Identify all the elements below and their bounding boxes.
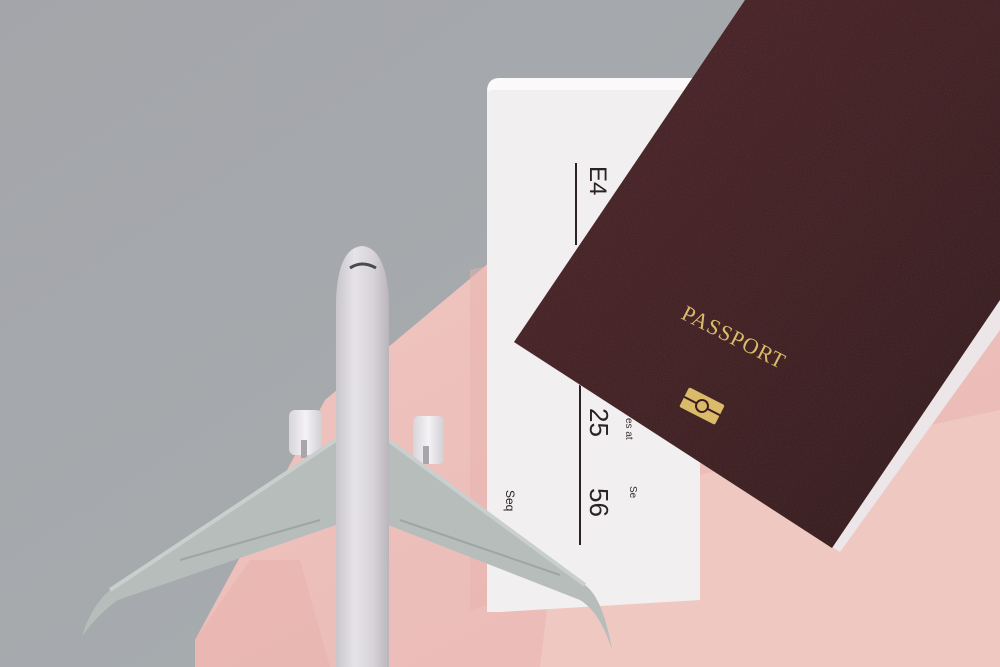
gate-text: E4: [584, 166, 611, 195]
photo-scene: E4 25 56 es at Se Seq PASSPORT: [0, 0, 1000, 667]
small-text-1: es at: [623, 418, 634, 440]
number-text-1: 25: [584, 408, 614, 437]
number-text-2: 56: [584, 488, 614, 517]
small-text-2: Se: [627, 486, 638, 499]
seq-label: Seq: [503, 490, 517, 511]
